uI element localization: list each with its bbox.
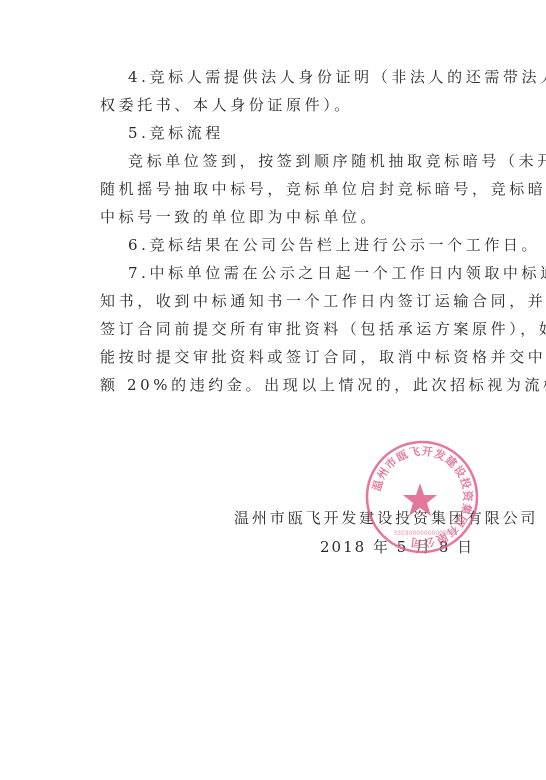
clause-5-heading: 5.竞标流程 — [100, 119, 494, 147]
clause-4-line-1: 4.竞标人需提供法人身份证明（非法人的还需带法人授 — [100, 63, 494, 91]
company-signature: 温州市瓯飞开发建设投资集团有限公司 — [234, 505, 496, 531]
clause-7-line-4: 能按时提交审批资料或签订合同，取消中标资格并交中标金 — [100, 343, 494, 371]
clause-6-line-1: 6.竞标结果在公司公告栏上进行公示一个工作日。 — [100, 231, 494, 259]
document-page: 4.竞标人需提供法人身份证明（非法人的还需带法人授 权委托书、本人身份证原件）。… — [0, 0, 546, 780]
clause-7-line-3: 签订合同前提交所有审批资料（包括承运方案原件），如不 — [100, 315, 494, 343]
clause-5-line-3: 中标号一致的单位即为中标单位。 — [100, 203, 494, 231]
clause-7-line-5: 额 20%的违约金。出现以上情况的，此次招标视为流标。 — [100, 371, 494, 399]
clause-7-line-1: 7.中标单位需在公示之日起一个工作日内领取中标通 — [100, 259, 494, 287]
clause-5-line-1: 竞标单位签到，按签到顺序随机抽取竞标暗号（未开封）， — [100, 147, 494, 175]
clause-4-line-2: 权委托书、本人身份证原件）。 — [100, 91, 494, 119]
document-date: 2018 年 5 月 8 日 — [320, 534, 474, 560]
document-body: 4.竞标人需提供法人身份证明（非法人的还需带法人授 权委托书、本人身份证原件）。… — [100, 63, 494, 399]
clause-7-line-2: 知书，收到中标通知书一个工作日内签订运输合同，并要在 — [100, 287, 494, 315]
clause-5-line-2: 随机摇号抽取中标号，竞标单位启封竞标暗号，竞标暗号与 — [100, 175, 494, 203]
